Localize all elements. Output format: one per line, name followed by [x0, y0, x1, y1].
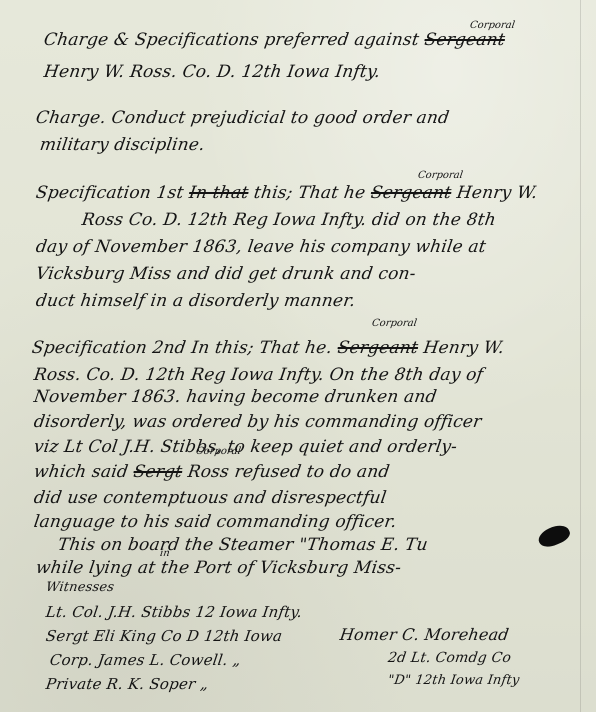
spec2-line-4: disorderly, was ordered by his commandin…: [33, 412, 483, 432]
title-line-1: Charge & Specifications preferred agains…: [43, 30, 507, 50]
spec2-line-6: which said Sergt Ross refused to do and: [33, 462, 391, 482]
charge-line-1: Charge. Conduct prejudicial to good orde…: [35, 108, 451, 128]
spec2-line-3: November 1863. having become drunken and: [33, 387, 438, 407]
struck-text: In that: [188, 183, 250, 203]
spec2-name: Henry W.: [422, 338, 505, 358]
witness-item: Corp. James L. Cowell. „: [49, 651, 242, 669]
inserted-rank: Corporal: [195, 446, 241, 457]
signature-unit: "D" 12th Iowa Infty: [387, 673, 521, 688]
spec2-line-9: This on board the Steamer "Thomas E. Tu: [57, 535, 430, 555]
spec2-text: which said: [33, 462, 130, 482]
spec2-label: Specification 2nd In this; That he.: [31, 338, 334, 358]
spec1-line-3: day of November 1863, leave his company …: [35, 237, 488, 257]
spec1-name: Henry W.: [455, 183, 538, 203]
struck-rank: Sergeant: [423, 30, 506, 50]
witnesses-heading: Witnesses: [45, 580, 115, 595]
document-page: Charge & Specifications preferred agains…: [0, 0, 596, 712]
spec2-text: at the Port of Vicksburg Miss-: [137, 558, 403, 578]
inserted-rank: Corporal: [417, 170, 463, 181]
inserted-rank: Corporal: [469, 20, 515, 31]
signature-name: Homer C. Morehead: [339, 625, 511, 644]
spec2-line-2: Ross. Co. D. 12th Reg Iowa Infty. On the…: [33, 365, 485, 385]
spec1-line-1: Specification 1st In that this; That he …: [35, 183, 539, 203]
spec2-line-10: while lying at the Port of Vicksburg Mis…: [35, 558, 403, 578]
spec2-line-5: viz Lt Col J.H. Stibbs, to keep quiet an…: [33, 437, 459, 457]
spec1-line-5: duct himself in a disorderly manner.: [35, 291, 357, 311]
signature-rank: 2d Lt. Comdg Co: [387, 650, 512, 666]
margin-line: [580, 0, 581, 712]
spec1-label: Specification 1st: [35, 183, 185, 203]
spec2-line-8: language to his said commanding officer.: [33, 512, 398, 532]
charge-line-2: military discipline.: [39, 135, 207, 155]
spec2-line-1: Specification 2nd In this; That he. Serg…: [31, 338, 506, 358]
witness-item: Lt. Col. J.H. Stibbs 12 Iowa Infty.: [45, 603, 304, 621]
struck-rank: Sergt: [132, 462, 183, 482]
title-text: Charge & Specifications preferred agains…: [43, 30, 421, 50]
spec1-line-4: Vicksburg Miss and did get drunk and con…: [35, 264, 417, 284]
spec1-line-2: Ross Co. D. 12th Reg Iowa Infty. did on …: [81, 210, 498, 230]
spec2-text: Ross refused to do and: [186, 462, 391, 482]
inserted-rank: Corporal: [371, 318, 417, 329]
witness-item: Sergt Eli King Co D 12th Iowa: [45, 627, 284, 645]
witness-item: Private R. K. Soper „: [45, 675, 210, 693]
inserted-word: in: [159, 548, 170, 559]
spec1-text: this; That he: [253, 183, 367, 203]
struck-rank: Sergeant: [336, 338, 419, 358]
title-line-2: Henry W. Ross. Co. D. 12th Iowa Infty.: [43, 62, 382, 82]
spec2-text: while lying: [35, 558, 134, 578]
ink-blot: [536, 521, 573, 551]
spec2-line-7: did use contemptuous and disrespectful: [33, 488, 388, 508]
struck-rank: Sergeant: [370, 183, 453, 203]
